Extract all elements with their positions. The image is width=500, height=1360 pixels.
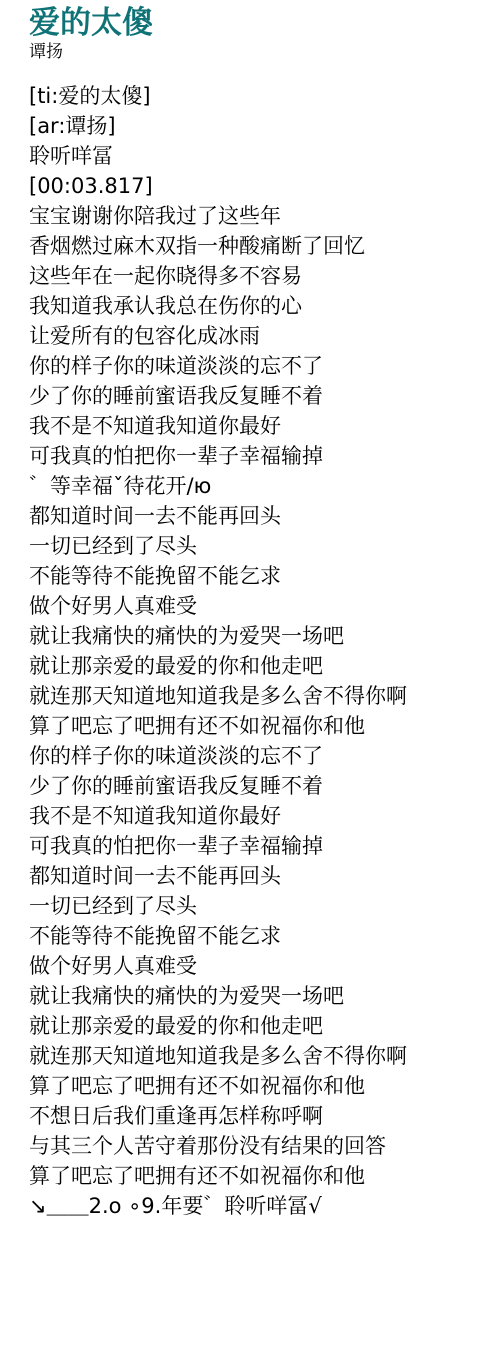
lyric-line: 做个好男人真难受: [29, 951, 492, 981]
lyric-line: 少了你的睡前蜜语我反复睡不着: [29, 771, 492, 801]
lyric-line: 就连那天知道地知道我是多么舍不得你啊: [29, 681, 492, 711]
lyric-line: 宝宝谢谢你陪我过了这些年: [29, 201, 492, 231]
lyric-line: 都知道时间一去不能再回头: [29, 501, 492, 531]
lrc-tag-line: [ti:爱的太傻]: [29, 81, 492, 111]
song-title: 爱的太傻: [29, 5, 492, 42]
lyric-line: 不能等待不能挽留不能乞求: [29, 921, 492, 951]
lyric-line: 可我真的怕把你一辈子幸福输掉: [29, 831, 492, 861]
lyric-line: 少了你的睡前蜜语我反复睡不着: [29, 381, 492, 411]
lyric-line: 我知道我承认我总在伤你的心: [29, 291, 492, 321]
lyric-line: 可我真的怕把你一辈子幸福输掉: [29, 441, 492, 471]
lyric-line: 算了吧忘了吧拥有还不如祝福你和他: [29, 1161, 492, 1191]
lyric-line: 香烟燃过麻木双指一种酸痛断了回忆: [29, 231, 492, 261]
lrc-tag-line: 聆听咩冨: [29, 141, 492, 171]
lrc-tag-line: [ar:谭扬]: [29, 111, 492, 141]
lyric-line: 做个好男人真难受: [29, 591, 492, 621]
lyric-line: 这些年在一起你晓得多不容易: [29, 261, 492, 291]
lyric-line: 你的样子你的味道淡淡的忘不了: [29, 351, 492, 381]
lyric-line: 我不是不知道我知道你最好: [29, 411, 492, 441]
lyric-line: 与其三个人苦守着那份没有结果的回答: [29, 1131, 492, 1161]
artist-name: 谭扬: [29, 42, 492, 62]
lyric-line: 你的样子你的味道淡淡的忘不了: [29, 741, 492, 771]
lyric-line: 不能等待不能挽留不能乞求: [29, 561, 492, 591]
lyric-line: ゛等幸福ˇ待花开/ю: [29, 471, 492, 501]
lyric-line: 就连那天知道地知道我是多么舍不得你啊: [29, 1041, 492, 1071]
lyric-line: 一切已经到了尽头: [29, 891, 492, 921]
lyric-line: 不想日后我们重逢再怎样称呼啊: [29, 1101, 492, 1131]
lyrics-page: 爱的太傻 谭扬 [ti:爱的太傻][ar:谭扬]聆听咩冨[00:03.817]宝…: [0, 0, 500, 1221]
lyric-line: 算了吧忘了吧拥有还不如祝福你和他: [29, 711, 492, 741]
lyrics-block: [ti:爱的太傻][ar:谭扬]聆听咩冨[00:03.817]宝宝谢谢你陪我过了…: [29, 81, 492, 1221]
lyric-line: 就让我痛快的痛快的为爱哭一场吧: [29, 981, 492, 1011]
lyric-line: 算了吧忘了吧拥有还不如祝福你和他: [29, 1071, 492, 1101]
lyric-line: ↘＿＿2.о ∘9.年要゛聆听咩冨√: [29, 1191, 492, 1221]
lyric-line: 我不是不知道我知道你最好: [29, 801, 492, 831]
lyric-line: 就让我痛快的痛快的为爱哭一场吧: [29, 621, 492, 651]
lrc-tag-line: [00:03.817]: [29, 171, 492, 201]
lyric-line: 都知道时间一去不能再回头: [29, 861, 492, 891]
lyric-line: 一切已经到了尽头: [29, 531, 492, 561]
lyric-line: 就让那亲爱的最爱的你和他走吧: [29, 651, 492, 681]
lyric-line: 就让那亲爱的最爱的你和他走吧: [29, 1011, 492, 1041]
lyric-line: 让爱所有的包容化成冰雨: [29, 321, 492, 351]
